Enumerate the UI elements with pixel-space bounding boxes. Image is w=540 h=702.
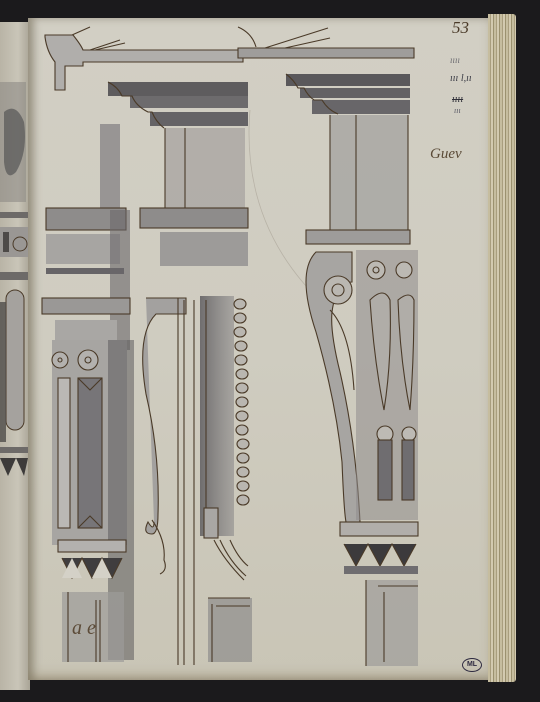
drawing-label: a e bbox=[72, 617, 96, 640]
library-stamp: ML bbox=[462, 658, 482, 672]
margin-note: ıııı bbox=[452, 94, 463, 105]
margin-note: ıııı bbox=[450, 55, 460, 65]
margin-word: Guev bbox=[430, 146, 462, 163]
margin-note: ııı l,ıı bbox=[450, 73, 472, 84]
margin-note: ııı bbox=[454, 106, 461, 115]
scan-viewer: 53 ıııı ııı l,ıı ıııı ııı Guev a e ML bbox=[0, 0, 540, 702]
folio-number: 53 bbox=[452, 18, 469, 38]
